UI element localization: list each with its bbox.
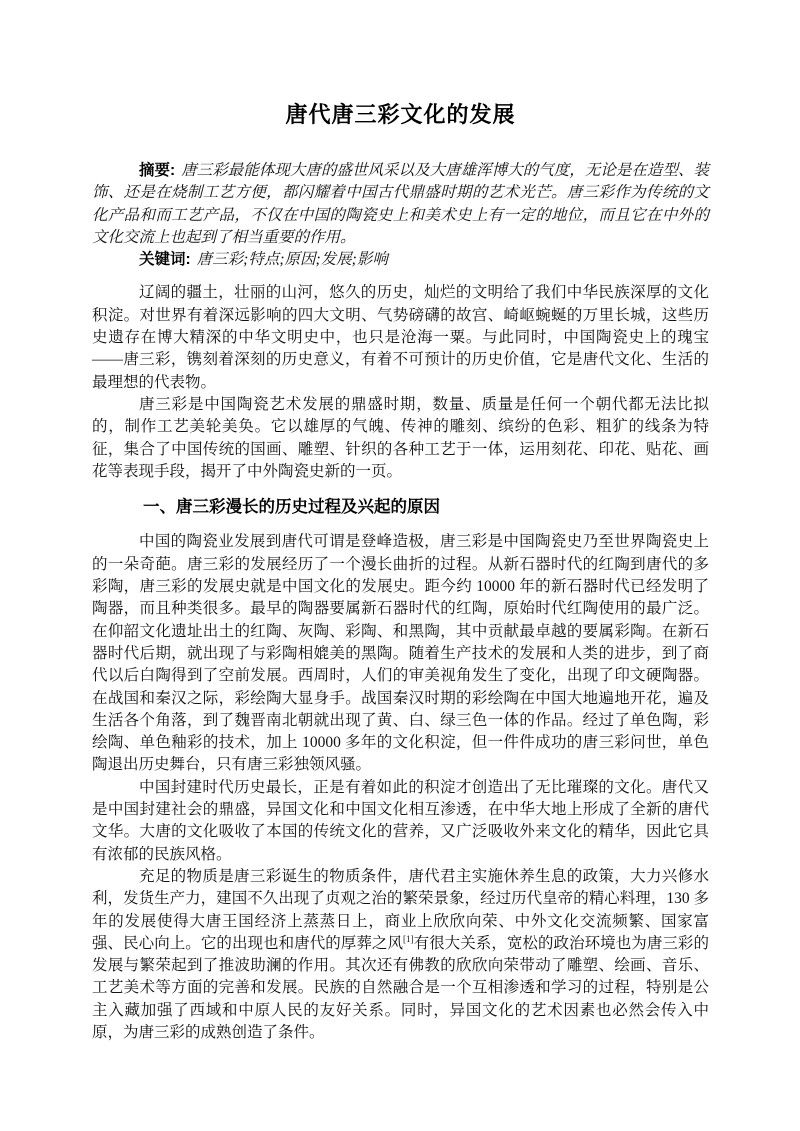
section-1-body: 中国的陶瓷业发展到唐代可谓是登峰造极，唐三彩是中国陶瓷史乃至世界陶瓷史上的一朵奇…	[92, 531, 709, 1044]
section-1-heading: 一、唐三彩漫长的历史过程及兴起的原因	[92, 496, 709, 518]
intro-paragraph-1: 辽阔的疆土，壮丽的山河，悠久的历史，灿烂的文明给了我们中华民族深厚的文化积淀。对…	[92, 282, 709, 393]
section-1-paragraph-3: 充足的物质是唐三彩诞生的物质条件，唐代君主实施休养生息的政策，大力兴修水利，发货…	[92, 866, 709, 1044]
abstract-text: 唐三彩最能体现大唐的盛世风采以及大唐雄浑博大的气度，无论是在造型、装饰、还是在烧…	[92, 162, 709, 246]
keywords-line: 关键词:唐三彩;特点;原因;发展;影响	[92, 249, 709, 271]
footnote-marker-1: [1]	[403, 934, 414, 944]
abstract-label: 摘要:	[139, 162, 175, 179]
section-1-paragraph-2: 中国封建时代历史最长，正是有着如此的积淀才创造出了无比璀璨的文化。唐代又是中国封…	[92, 777, 709, 866]
introduction-block: 辽阔的疆土，壮丽的山河，悠久的历史，灿烂的文明给了我们中华民族深厚的文化积淀。对…	[92, 282, 709, 483]
keywords-label: 关键词:	[139, 251, 191, 268]
page-title: 唐代唐三彩文化的发展	[92, 100, 709, 130]
section-1-paragraph-1: 中国的陶瓷业发展到唐代可谓是登峰造极，唐三彩是中国陶瓷史乃至世界陶瓷史上的一朵奇…	[92, 531, 709, 776]
intro-paragraph-2: 唐三彩是中国陶瓷艺术发展的鼎盛时期，数量、质量是任何一个朝代都无法比拟的，制作工…	[92, 394, 709, 483]
document-page: 唐代唐三彩文化的发展 摘要:唐三彩最能体现大唐的盛世风采以及大唐雄浑博大的气度，…	[0, 0, 800, 1131]
abstract-paragraph: 摘要:唐三彩最能体现大唐的盛世风采以及大唐雄浑博大的气度，无论是在造型、装饰、还…	[92, 160, 709, 249]
keywords-text: 唐三彩;特点;原因;发展;影响	[197, 251, 388, 268]
